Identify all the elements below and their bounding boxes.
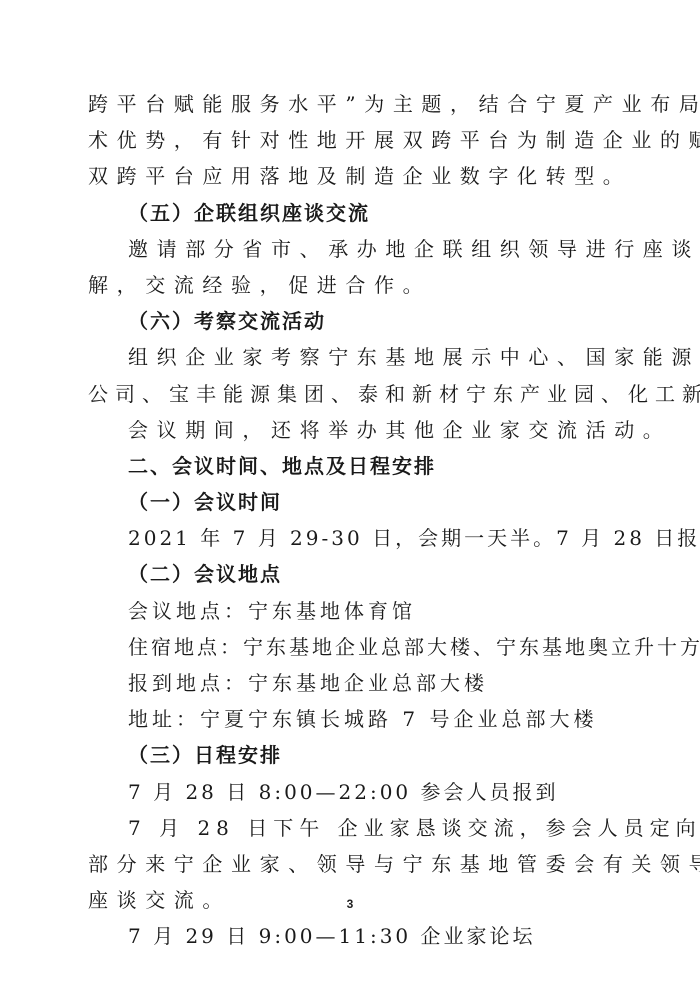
document-page: 跨平台赋能服务水平”为主题，结合宁夏产业布局和各双跨平台技 术优势，有针对性地开…	[88, 86, 618, 955]
body-line: 双跨平台应用落地及制造企业数字化转型。	[88, 158, 618, 194]
body-line: 住宿地点：宁东基地企业总部大楼、宁东基地奥立升十方酒店	[88, 629, 618, 665]
subsection-heading: （三）日程安排	[88, 737, 618, 773]
page-number: 3	[0, 897, 700, 911]
subsection-heading: （一）会议时间	[88, 484, 618, 520]
body-line: 公司、宝丰能源集团、泰和新材宁东产业园、化工新材料园区。	[88, 376, 618, 412]
body-line: 地址：宁夏宁东镇长城路 7 号企业总部大楼	[88, 701, 618, 737]
body-line: 会议期间，还将举办其他企业家交流活动。	[88, 412, 618, 448]
body-line: 报到地点：宁东基地企业总部大楼	[88, 665, 618, 701]
body-line: 2021 年 7 月 29-30 日，会期一天半。7 月 28 日报到。	[88, 520, 618, 556]
section-heading: （五）企联组织座谈交流	[88, 195, 618, 231]
body-line: 跨平台赋能服务水平”为主题，结合宁夏产业布局和各双跨平台技	[88, 86, 618, 122]
body-line: 部分来宁企业家、领导与宁东基地管委会有关领导、企业家进行	[88, 846, 618, 882]
subsection-heading: （二）会议地点	[88, 556, 618, 592]
section-heading: （六）考察交流活动	[88, 303, 618, 339]
body-line: 邀请部分省市、承办地企联组织领导进行座谈交流，加深了	[88, 231, 618, 267]
body-line: 解，交流经验，促进合作。	[88, 267, 618, 303]
body-line: 7 月 28 日 8:00—22:00 参会人员报到	[88, 774, 618, 810]
body-line: 7 月 29 日 9:00—11:30 企业家论坛	[88, 918, 618, 954]
section-heading: 二、会议时间、地点及日程安排	[88, 448, 618, 484]
body-line: 组织企业家考察宁东基地展示中心、国家能源宁夏煤业有限	[88, 339, 618, 375]
body-line: 7 月 28 日下午 企业家恳谈交流，参会人员定向邀请。邀请	[88, 810, 618, 846]
body-line: 会议地点：宁东基地体育馆	[88, 593, 618, 629]
body-line: 术优势，有针对性地开展双跨平台为制造企业的赋能工作，加速	[88, 122, 618, 158]
